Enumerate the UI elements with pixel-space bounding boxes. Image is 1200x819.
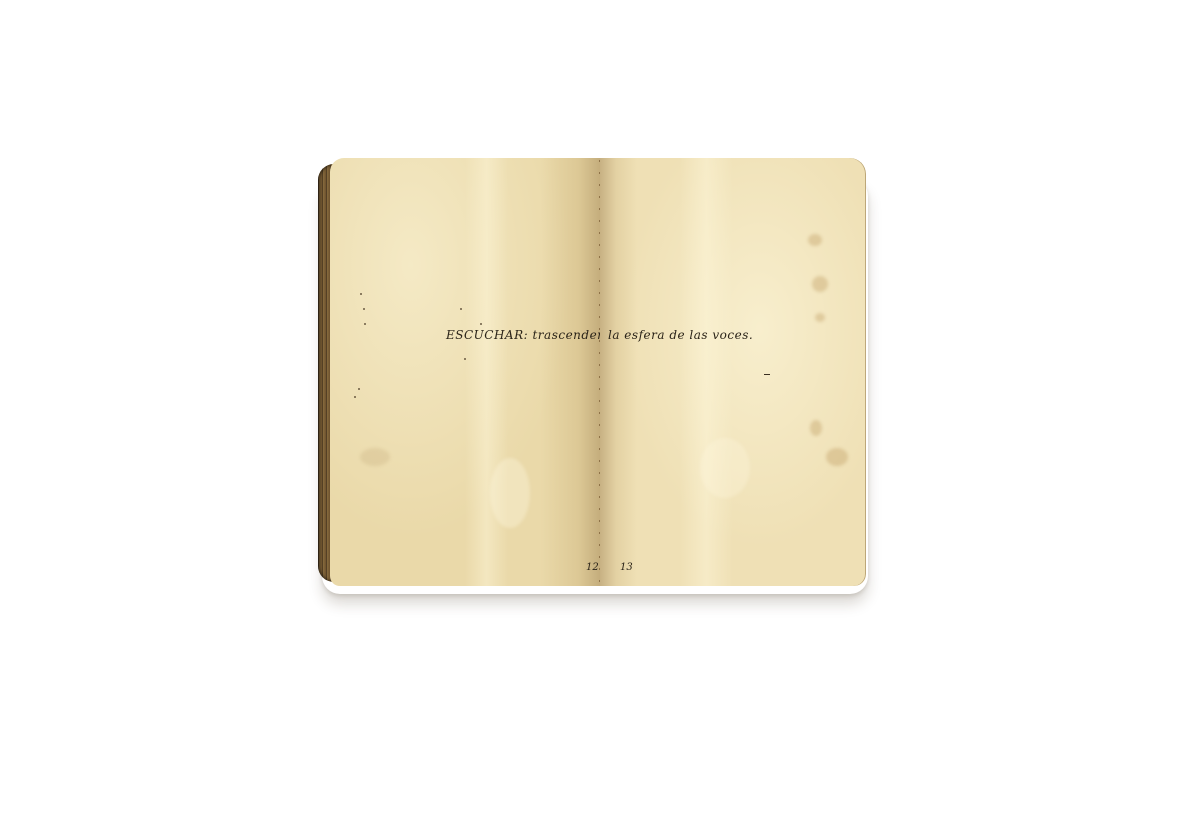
right-page: la esfera de las voces. 13: [600, 158, 866, 586]
left-page: ESCUCHAR: trascender 12: [330, 158, 600, 586]
handwritten-note-left: ESCUCHAR: trascender: [446, 328, 603, 342]
page-number-right: 13: [620, 562, 633, 573]
open-notebook: ESCUCHAR: trascender 12 la esfera de las…: [318, 158, 866, 586]
handwritten-note-right: la esfera de las voces.: [608, 328, 753, 342]
pen-mark: [764, 374, 770, 375]
page-number-left: 12: [586, 562, 599, 573]
